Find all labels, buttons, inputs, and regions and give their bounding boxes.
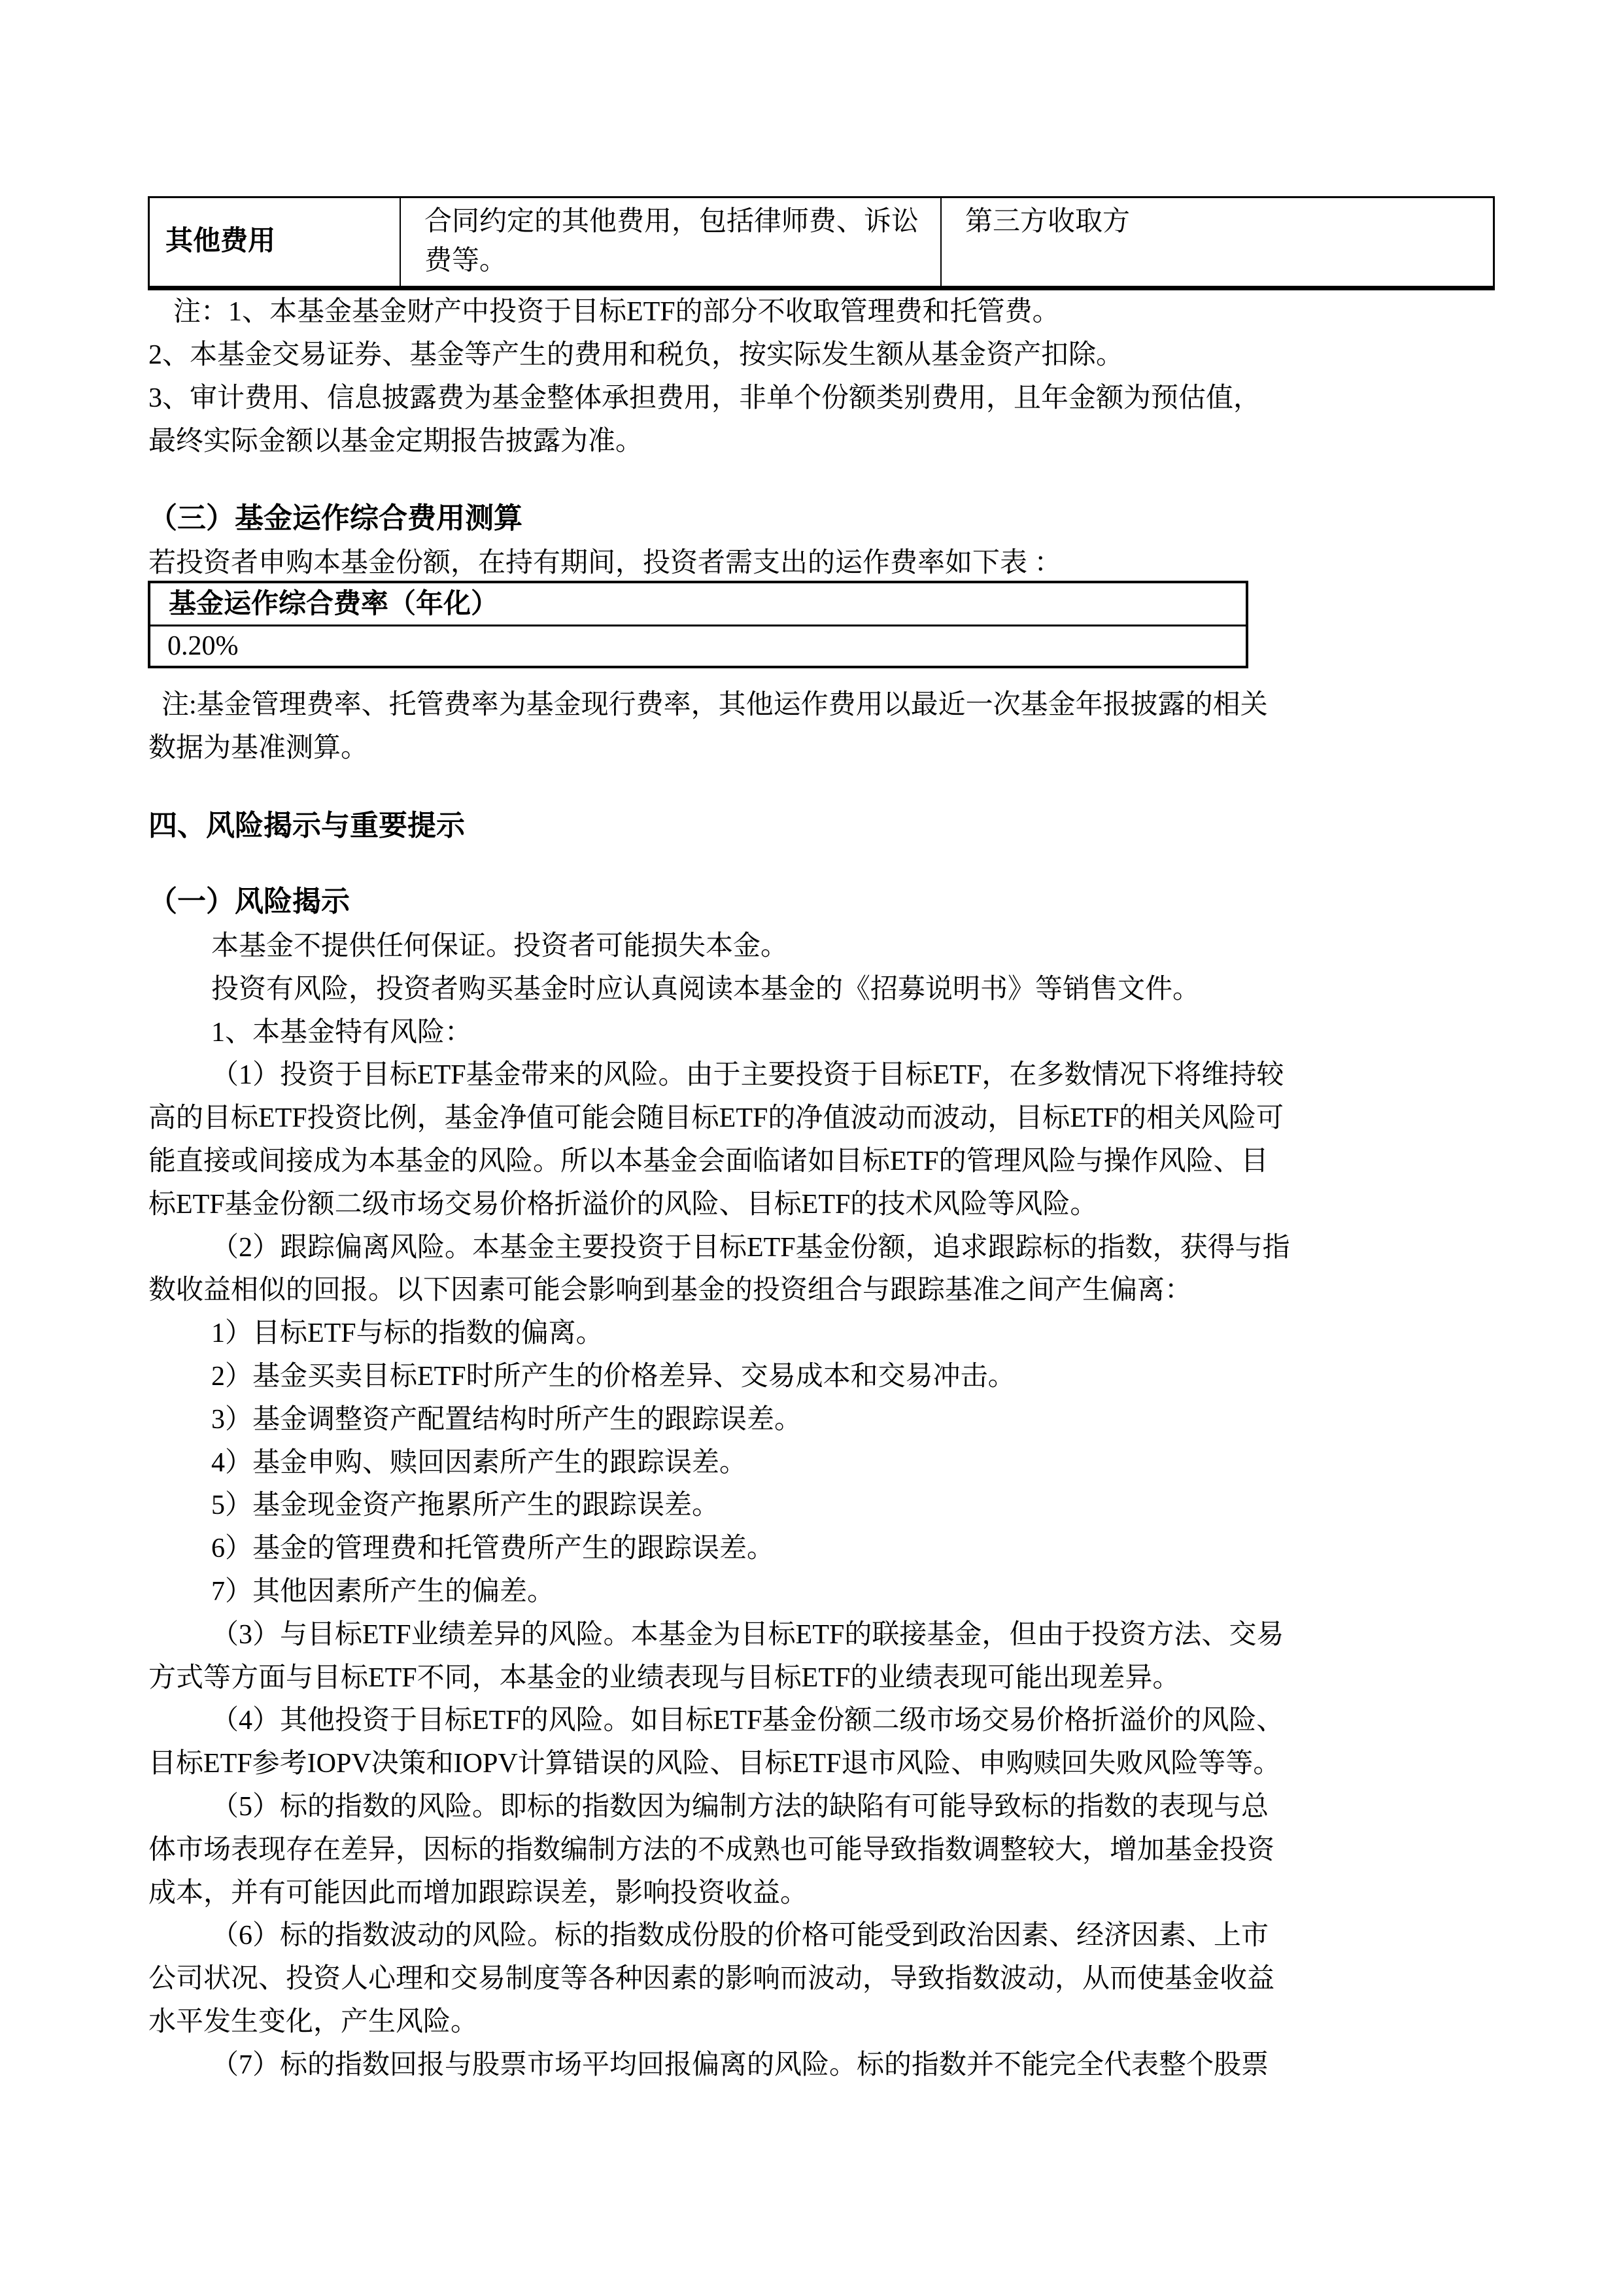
body-line: （4）其他投资于目标ETF的风险。如目标ETF基金份额二级市场交易价格折溢价的风…: [148, 1700, 1502, 1743]
body-line: （6）标的指数波动的风险。标的指数成份股的价格可能受到政治因素、经济因素、上市: [148, 1915, 1502, 1958]
section-heading-risk: 四、风险揭示与重要提示: [148, 804, 465, 848]
fee-description: 合同约定的其他费用，包括律师费、诉讼费等。: [424, 207, 919, 276]
operation-cost-intro: 若投资者申购本基金份额，在持有期间，投资者需支出的运作费率如下表 ：: [148, 541, 1062, 585]
fee-note-line: 3、审计费用、信息披露费为基金整体承担费用，非单个份额类别费用，且年金额为预估值…: [148, 377, 1502, 420]
body-line: 4）基金申购、赎回因素所产生的跟踪误差。: [148, 1442, 1502, 1485]
rate-note-line: 数据为基准测算。: [148, 727, 1502, 770]
fee-note-line: 2、本基金交易证券、基金等产生的费用和税负，按实际发生额从基金资产扣除。: [148, 334, 1502, 377]
risk-disclosure-body: 本基金不提供任何保证。投资者可能损失本金。 投资有风险，投资者购买基金时应认真阅…: [148, 925, 1502, 2087]
section-heading-operation-cost: （三）基金运作综合费用测算: [148, 497, 522, 540]
rate-table-value: 0.20%: [150, 626, 1246, 666]
body-line: 5）基金现金资产拖累所产生的跟踪误差。: [148, 1484, 1502, 1528]
body-line: 成本，并有可能因此而增加跟踪误差，影响投资收益。: [148, 1872, 1502, 1915]
fee-collector: 第三方收取方: [965, 207, 1130, 237]
body-line: 公司状况、投资人心理和交易制度等各种因素的影响而波动，导致指数波动，从而使基金收…: [148, 1958, 1502, 2001]
fee-note-line: 最终实际金额以基金定期报告披露为准。: [148, 420, 1502, 463]
fee-collector-cell: 第三方收取方: [942, 198, 1497, 286]
other-fees-table: 其他费用 合同约定的其他费用，包括律师费、诉讼费等。 第三方收取方: [148, 196, 1495, 290]
rate-note-line: 注:基金管理费率、托管费率为基金现行费率，其他运作费用以最近一次基金年报披露的相…: [148, 683, 1502, 727]
body-line: 投资有风险，投资者购买基金时应认真阅读本基金的《招募说明书》等销售文件。: [148, 968, 1502, 1012]
body-line: 体市场表现存在差异，因标的指数编制方法的不成熟也可能导致指数调整较大，增加基金投…: [148, 1829, 1502, 1872]
body-line: 目标ETF参考IOPV决策和IOPV计算错误的风险、目标ETF退市风险、申购赎回…: [148, 1743, 1502, 1786]
body-line: 1、本基金特有风险：: [148, 1012, 1502, 1055]
body-line: （5）标的指数的风险。即标的指数因为编制方法的缺陷有可能导致标的指数的表现与总: [148, 1786, 1502, 1829]
operation-rate-table: 基金运作综合费率（年化） 0.20%: [148, 581, 1248, 668]
body-line: 能直接或间接成为本基金的风险。所以本基金会面临诸如目标ETF的管理风险与操作风险…: [148, 1140, 1502, 1184]
rate-table-notes: 注:基金管理费率、托管费率为基金现行费率，其他运作费用以最近一次基金年报披露的相…: [148, 683, 1502, 770]
fee-note-line: 注：1、本基金基金财产中投资于目标ETF的部分不收取管理费和托管费。: [148, 290, 1502, 334]
fee-notes: 注：1、本基金基金财产中投资于目标ETF的部分不收取管理费和托管费。 2、本基金…: [148, 290, 1502, 463]
fee-name: 其他费用: [165, 222, 275, 261]
body-line: 6）基金的管理费和托管费所产生的跟踪误差。: [148, 1528, 1502, 1571]
body-line: （1）投资于目标ETF基金带来的风险。由于主要投资于目标ETF，在多数情况下将维…: [148, 1054, 1502, 1097]
body-line: 方式等方面与目标ETF不同，本基金的业绩表现与目标ETF的业绩表现可能出现差异。: [148, 1657, 1502, 1700]
body-line: 高的目标ETF投资比例，基金净值可能会随目标ETF的净值波动而波动，目标ETF的…: [148, 1097, 1502, 1140]
body-line: 1）目标ETF与标的指数的偏离。: [148, 1312, 1502, 1356]
body-line: （2）跟踪偏离风险。本基金主要投资于目标ETF基金份额，追求跟踪标的指数，获得与…: [148, 1227, 1502, 1270]
body-line: 水平发生变化，产生风险。: [148, 2001, 1502, 2044]
body-line: 本基金不提供任何保证。投资者可能损失本金。: [148, 925, 1502, 968]
body-line: 7）其他因素所产生的偏差。: [148, 1571, 1502, 1614]
body-line: 3）基金调整资产配置结构时所产生的跟踪误差。: [148, 1399, 1502, 1442]
rate-table-header: 基金运作综合费率（年化）: [150, 583, 1246, 626]
body-line: 2）基金买卖目标ETF时所产生的价格差异、交易成本和交易冲击。: [148, 1356, 1502, 1399]
body-line: 数收益相似的回报。以下因素可能会影响到基金的投资组合与跟踪基准之间产生偏离：: [148, 1269, 1502, 1312]
body-line: 标ETF基金份额二级市场交易价格折溢价的风险、目标ETF的技术风险等风险。: [148, 1184, 1502, 1227]
fee-description-cell: 合同约定的其他费用，包括律师费、诉讼费等。: [401, 198, 942, 286]
fee-name-cell: 其他费用: [150, 198, 401, 286]
body-line: （7）标的指数回报与股票市场平均回报偏离的风险。标的指数并不能完全代表整个股票: [148, 2044, 1502, 2087]
body-line: （3）与目标ETF业绩差异的风险。本基金为目标ETF的联接基金，但由于投资方法、…: [148, 1614, 1502, 1657]
document-page: 其他费用 合同约定的其他费用，包括律师费、诉讼费等。 第三方收取方 注：1、本基…: [0, 0, 1623, 2296]
subsection-heading-risk-disclosure: （一）风险揭示: [148, 880, 350, 923]
